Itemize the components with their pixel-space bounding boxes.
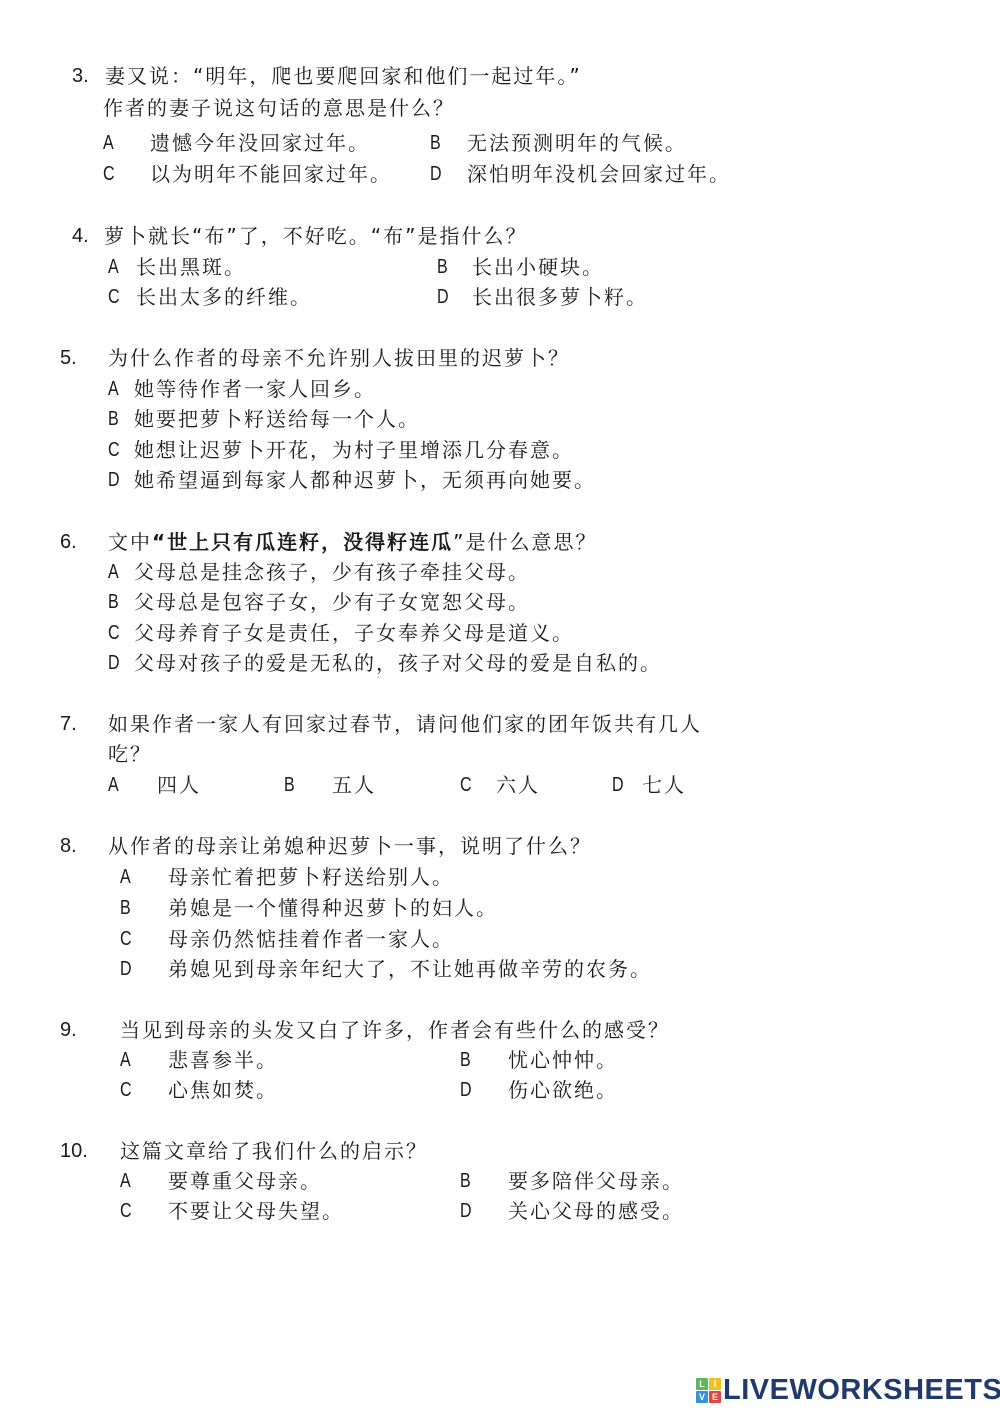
option-c[interactable]: 以为明年不能回家过年。 [150,160,392,188]
option-letter-c[interactable]: C [108,619,120,647]
option-c[interactable]: 父母养育子女是责任，子女奉养父母是道义。 [134,619,574,647]
logo-wordmark: LIVEWORKSHEETS [723,1374,1000,1407]
option-letter-a[interactable]: A [108,558,119,586]
question-stem-line-1: 为什么作者的母亲不允许别人拔田里的迟萝卜？ [108,344,570,372]
option-d[interactable]: 父母对孩子的爱是无私的，孩子对父母的爱是自私的。 [134,649,662,677]
option-a[interactable]: 四人 [157,771,201,799]
option-letter-a[interactable]: A [108,771,119,799]
option-letter-d[interactable]: D [460,1076,472,1104]
option-letter-a[interactable]: A [108,253,119,281]
option-d[interactable]: 深怕明年没机会回家过年。 [467,160,731,188]
option-a[interactable]: 遗憾今年没回家过年。 [150,129,370,157]
option-letter-b[interactable]: B [460,1046,471,1074]
option-letter-c[interactable]: C [108,283,120,311]
option-letter-b[interactable]: B [108,405,119,433]
option-letter-a[interactable]: A [108,375,119,403]
logo-tiles-icon: L I V E [696,1378,721,1403]
question-stem-line-1: 萝卜就长“布”了，不好吃。“布”是指什么？ [104,222,527,250]
question-stem-line-1: 妻又说：“明年，爬也要爬回家和他们一起过年。” [105,62,582,90]
question-number: 7. [60,710,77,738]
question-number: 10. [60,1137,88,1165]
option-c[interactable]: 六人 [496,771,540,799]
question-stem-line-1: 文中“世上只有瓜连籽，没得籽连瓜”是什么意思？ [108,528,598,556]
question-stem-line-1: 如果作者一家人有回家过春节，请问他们家的团年饭共有几人 [108,710,702,738]
option-letter-c[interactable]: C [460,771,472,799]
option-a[interactable]: 父母总是挂念孩子，少有孩子牵挂父母。 [134,558,530,586]
logo-tile-e: E [709,1391,721,1403]
option-b[interactable]: 弟媳是一个懂得种迟萝卜的妇人。 [168,894,498,922]
question-number: 8. [60,832,77,860]
option-a[interactable]: 她等待作者一家人回乡。 [134,375,376,403]
option-letter-c[interactable]: C [120,1076,132,1104]
option-c[interactable]: 她想让迟萝卜开花，为村子里增添几分春意。 [134,436,574,464]
option-letter-b[interactable]: B [460,1167,471,1195]
liveworksheets-logo[interactable]: L I V E LIVEWORKSHEETS [696,1376,1000,1404]
option-letter-b[interactable]: B [430,129,441,157]
option-d[interactable]: 长出很多萝卜籽。 [472,283,648,311]
option-letter-a[interactable]: A [120,1167,131,1195]
option-b[interactable]: 要多陪伴父母亲。 [508,1167,684,1195]
option-letter-b[interactable]: B [108,588,119,616]
option-d[interactable]: 弟媳见到母亲年纪大了，不让她再做辛劳的农务。 [168,955,652,983]
option-b[interactable]: 五人 [332,771,376,799]
question-stem-line-1: 当见到母亲的头发又白了许多，作者会有些什么的感受？ [120,1016,670,1044]
question-number: 6. [60,528,77,556]
option-a[interactable]: 悲喜参半。 [168,1046,278,1074]
option-letter-d[interactable]: D [437,283,449,311]
question-stem-line-1: 从作者的母亲让弟媳种迟萝卜一事，说明了什么？ [108,832,592,860]
option-a[interactable]: 长出黑斑。 [136,253,246,281]
question-stem-line-2: 吃？ [108,740,152,768]
question-stem-line-1: 这篇文章给了我们什么的启示？ [120,1137,428,1165]
option-letter-d[interactable]: D [612,771,624,799]
option-c[interactable]: 心焦如焚。 [168,1076,278,1104]
question-number: 5. [60,344,77,372]
option-a[interactable]: 要尊重父母亲。 [168,1167,322,1195]
question-number: 3. [72,62,89,90]
option-d[interactable]: 伤心欲绝。 [508,1076,618,1104]
option-letter-d[interactable]: D [460,1197,472,1225]
option-a[interactable]: 母亲忙着把萝卜籽送给别人。 [168,863,454,891]
option-b[interactable]: 父母总是包容子女，少有子女宽恕父母。 [134,588,530,616]
option-letter-d[interactable]: D [120,955,132,983]
option-letter-a[interactable]: A [120,863,131,891]
question-number: 4. [72,222,89,250]
option-letter-c[interactable]: C [103,160,115,188]
question-stem-line-2: 作者的妻子说这句话的意思是什么？ [103,94,455,122]
option-b[interactable]: 长出小硬块。 [472,253,604,281]
stem-suffix: ”是什么意思？ [453,530,597,554]
option-letter-b[interactable]: B [120,894,131,922]
option-letter-a[interactable]: A [120,1046,131,1074]
option-c[interactable]: 母亲仍然惦挂着作者一家人。 [168,925,454,953]
stem-prefix: 文中 [108,530,152,554]
option-letter-d[interactable]: D [430,160,442,188]
option-b[interactable]: 她要把萝卜籽送给每一个人。 [134,405,420,433]
option-letter-c[interactable]: C [108,436,120,464]
option-d[interactable]: 她希望逼到每家人都种迟萝卜，无须再向她要。 [134,466,596,494]
option-letter-d[interactable]: D [108,649,120,677]
option-d[interactable]: 关心父母的感受。 [508,1197,684,1225]
option-d[interactable]: 七人 [642,771,686,799]
option-letter-b[interactable]: B [437,253,448,281]
option-letter-c[interactable]: C [120,925,132,953]
option-letter-a[interactable]: A [103,129,114,157]
option-letter-b[interactable]: B [284,771,295,799]
option-c[interactable]: 不要让父母失望。 [168,1197,344,1225]
option-c[interactable]: 长出太多的纤维。 [136,283,312,311]
option-letter-d[interactable]: D [108,466,120,494]
option-b[interactable]: 忧心忡忡。 [508,1046,618,1074]
stem-quote: “世上只有瓜连籽，没得籽连瓜 [152,530,453,554]
question-number: 9. [60,1016,77,1044]
logo-tile-v: V [696,1391,708,1403]
option-b[interactable]: 无法预测明年的气候。 [467,129,687,157]
logo-tile-i: I [709,1378,721,1390]
option-letter-c[interactable]: C [120,1197,132,1225]
logo-tile-l: L [696,1378,708,1390]
